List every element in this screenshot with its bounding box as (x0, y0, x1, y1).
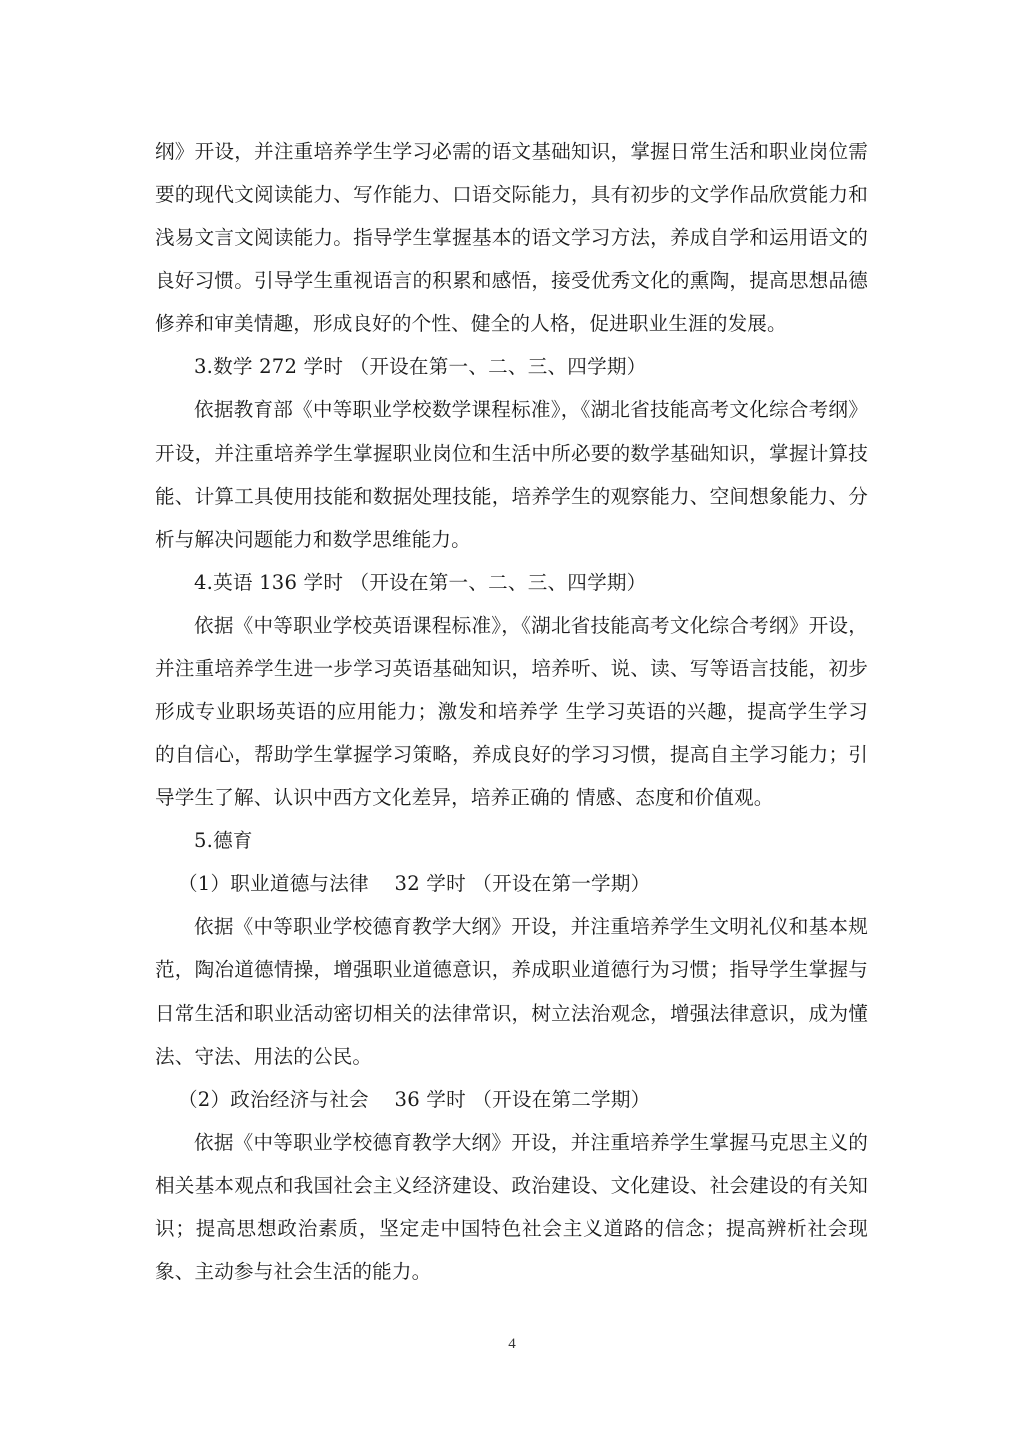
document-page-body: 纲》开设，并注重培养学生学习必需的语文基础知识，掌握日常生活和职业岗位需要的现代… (155, 130, 868, 1293)
moral-education-heading: 5.德育 (155, 819, 868, 862)
politics-economy-subheading: （2）政治经济与社会 36 学时 （开设在第二学期） (155, 1078, 868, 1121)
chinese-course-paragraph-continuation: 纲》开设，并注重培养学生学习必需的语文基础知识，掌握日常生活和职业岗位需要的现代… (155, 130, 868, 345)
ethics-law-paragraph: 依据《中等职业学校德育教学大纲》开设，并注重培养学生文明礼仪和基本规范，陶冶道德… (155, 905, 868, 1077)
math-course-paragraph: 依据教育部《中等职业学校数学课程标准》，《湖北省技能高考文化综合考纲》开设，并注… (155, 388, 868, 560)
english-course-heading: 4.英语 136 学时 （开设在第一、二、三、四学期） (155, 561, 868, 604)
page-number: 4 (0, 1336, 1024, 1353)
english-course-paragraph: 依据《中等职业学校英语课程标准》，《湖北省技能高考文化综合考纲》开设，并注重培养… (155, 604, 868, 819)
ethics-law-subheading: （1）职业道德与法律 32 学时 （开设在第一学期） (155, 862, 868, 905)
math-course-heading: 3.数学 272 学时 （开设在第一、二、三、四学期） (155, 345, 868, 388)
politics-economy-paragraph: 依据《中等职业学校德育教学大纲》开设，并注重培养学生掌握马克思主义的相关基本观点… (155, 1121, 868, 1293)
